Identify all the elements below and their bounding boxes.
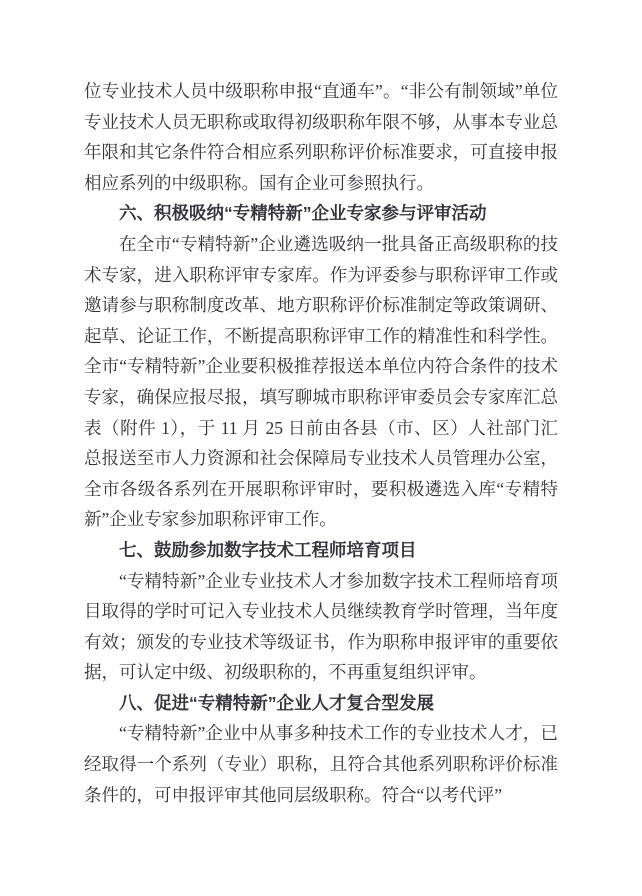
section-heading-7: 七、鼓励参加数字技术工程师培育项目 xyxy=(84,535,558,566)
document-page: 位专业技术人员中级职称申报“直通车”。“非公有制领域”单位专业技术人员无职称或取… xyxy=(0,0,642,896)
paragraph-section-7: “专精特新”企业专业技术人才参加数字技术工程师培育项目取得的学时可记入专业技术人… xyxy=(84,566,558,688)
paragraph-section-6: 在全市“专精特新”企业遴选吸纳一批具备正高级职称的技术专家，进入职称评审专家库。… xyxy=(84,229,558,535)
section-heading-8: 八、促进“专精特新”企业人才复合型发展 xyxy=(84,688,558,719)
section-heading-6: 六、积极吸纳“专精特新”企业专家参与评审活动 xyxy=(84,198,558,229)
paragraph-section-8: “专精特新”企业中从事多种技术工作的专业技术人才，已经取得一个系列（专业）职称，… xyxy=(84,718,558,810)
paragraph-continuation: 位专业技术人员中级职称申报“直通车”。“非公有制领域”单位专业技术人员无职称或取… xyxy=(84,76,558,198)
